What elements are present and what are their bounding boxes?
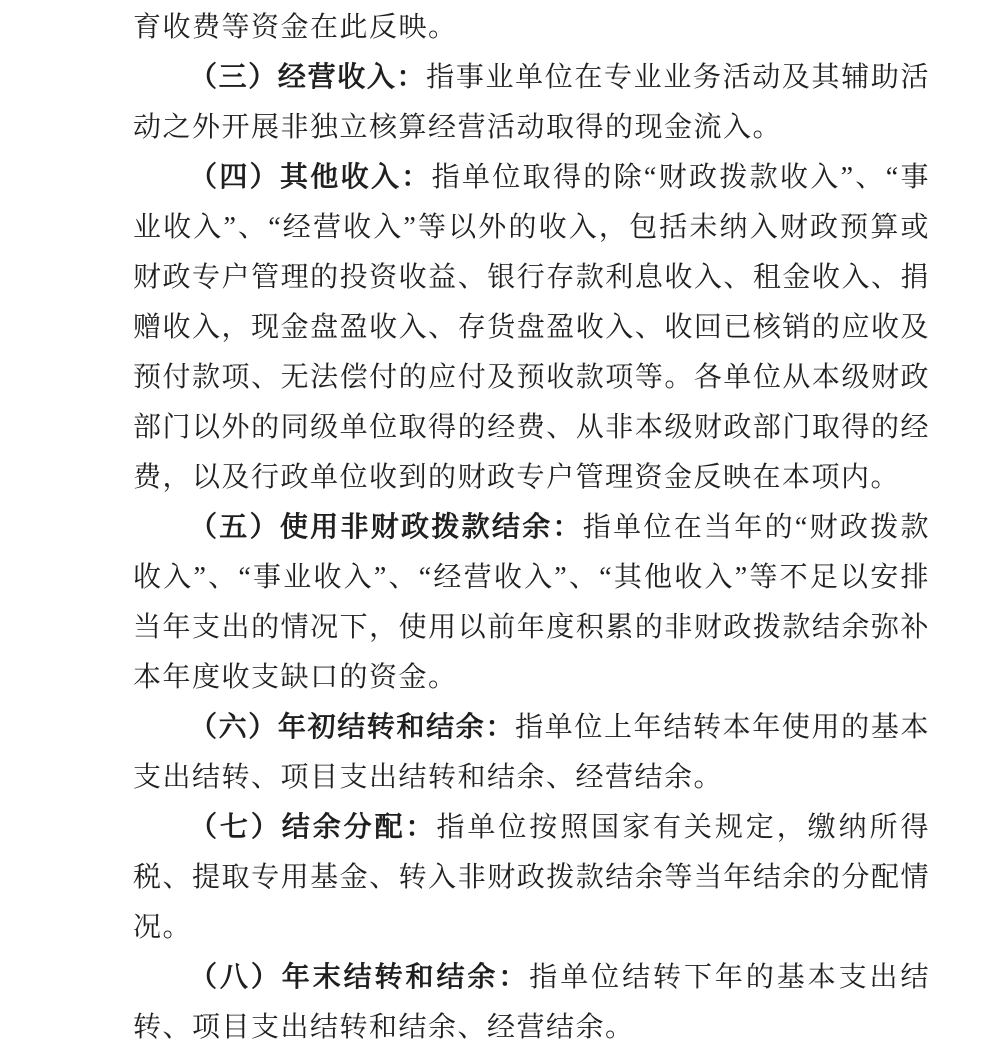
paragraph-item-4-other-income: （四）其他收入：指单位取得的除“财政拨款收入”、“事业收入”、“经营收入”等以外… (133, 153, 930, 503)
paragraph-item-5-non-fiscal-surplus: （五）使用非财政拨款结余：指单位在当年的“财政拨款收入”、“事业收入”、“经营收… (133, 503, 930, 703)
paragraph-lead: （三）经营收入： (189, 62, 426, 93)
paragraph-item-3-operating-income: （三）经营收入：指事业单位在专业业务活动及其辅助活动之外开展非独立核算经营活动取… (133, 53, 930, 153)
paragraph-item-7-surplus-distribution: （七）结余分配：指单位按照国家有关规定，缴纳所得税、提取专用基金、转入非财政拨款… (133, 803, 930, 953)
paragraph-lead: （五）使用非财政拨款结余： (189, 512, 583, 543)
paragraph-lead: （七）结余分配： (189, 812, 436, 843)
document-page: 育收费等资金在此反映。 （三）经营收入：指事业单位在专业业务活动及其辅助活动之外… (0, 0, 1000, 1059)
paragraph-lead: （八）年末结转和结余： (189, 962, 529, 993)
paragraph-lead: （六）年初结转和结余： (189, 712, 515, 743)
paragraph-item-6-beginning-carryover: （六）年初结转和结余：指单位上年结转本年使用的基本支出结转、项目支出结转和结余、… (133, 703, 930, 803)
paragraph-item-8-yearend-carryover: （八）年末结转和结余：指单位结转下年的基本支出结转、项目支出结转和结余、经营结余… (133, 953, 930, 1053)
paragraph-continuation: 育收费等资金在此反映。 (133, 3, 930, 53)
paragraph-text: 育收费等资金在此反映。 (133, 12, 458, 43)
paragraph-lead: （四）其他收入： (189, 162, 432, 193)
paragraph-text: 指单位取得的除“财政拨款收入”、“事业收入”、“经营收入”等以外的收入，包括未纳… (133, 162, 930, 493)
